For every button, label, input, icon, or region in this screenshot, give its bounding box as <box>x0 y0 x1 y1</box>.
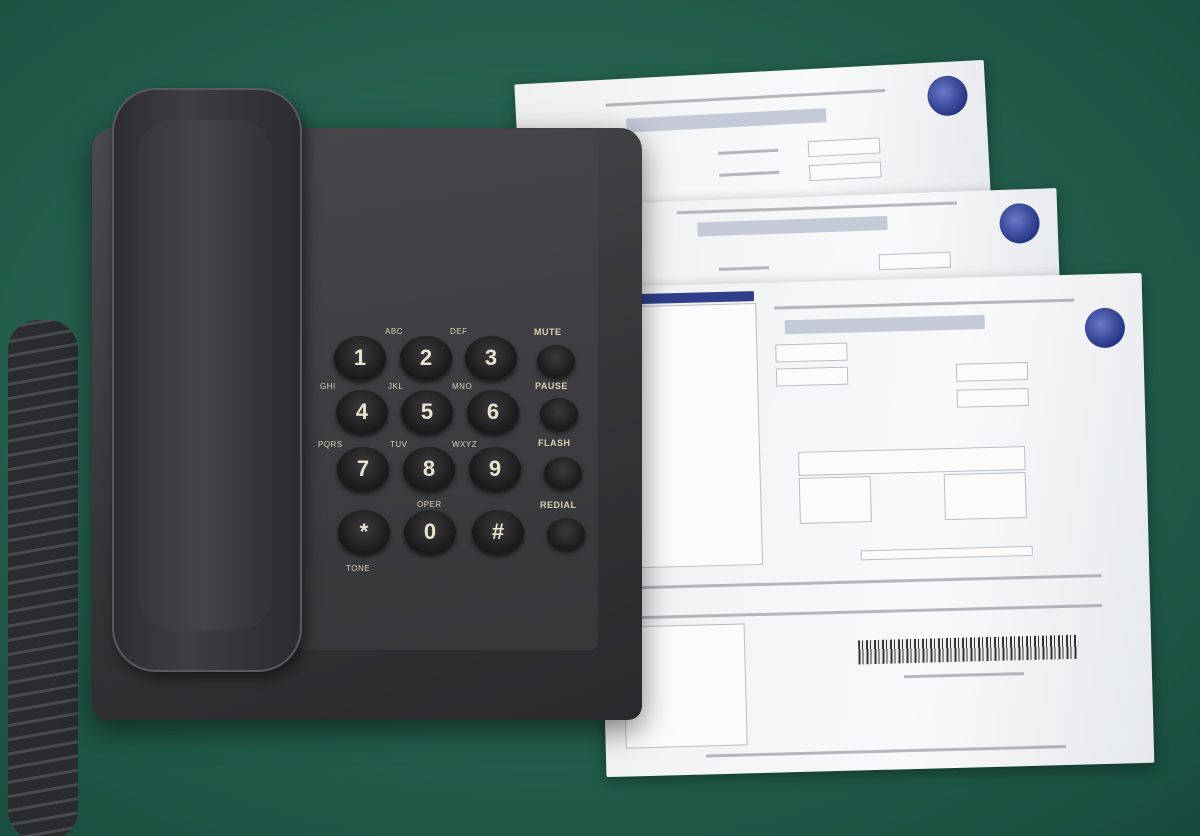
key-4[interactable]: 4 <box>336 390 388 434</box>
label-mno: MNO <box>452 382 472 391</box>
key-0[interactable]: 0 <box>404 510 456 554</box>
flash-button[interactable] <box>544 457 582 489</box>
key-9[interactable]: 9 <box>469 447 521 491</box>
company-logo-icon <box>1084 307 1125 348</box>
label-jkl: JKL <box>388 382 403 391</box>
label-tuv: TUV <box>390 440 408 449</box>
label-pqrs: PQRS <box>318 440 343 449</box>
coiled-cord <box>8 320 78 836</box>
company-logo-icon <box>926 75 968 117</box>
redial-button[interactable] <box>547 518 585 550</box>
company-logo-icon <box>999 203 1040 244</box>
key-8[interactable]: 8 <box>403 447 455 491</box>
label-flash: FLASH <box>538 438 571 448</box>
mute-button[interactable] <box>537 345 575 377</box>
key-3[interactable]: 3 <box>465 336 517 380</box>
label-def: DEF <box>450 327 468 336</box>
key-7[interactable]: 7 <box>337 447 389 491</box>
key-star[interactable]: * <box>338 510 390 554</box>
label-redial: REDIAL <box>540 500 577 510</box>
key-6[interactable]: 6 <box>467 390 519 434</box>
label-oper: OPER <box>417 500 442 509</box>
key-5[interactable]: 5 <box>401 390 453 434</box>
label-wxyz: WXYZ <box>452 440 477 449</box>
handset[interactable] <box>112 88 302 672</box>
label-abc: ABC <box>385 327 403 336</box>
key-2[interactable]: 2 <box>400 336 452 380</box>
label-tone: TONE <box>346 564 370 573</box>
bill-front <box>594 273 1155 777</box>
key-hash[interactable]: # <box>472 510 524 554</box>
label-pause: PAUSE <box>535 381 568 391</box>
pause-button[interactable] <box>540 398 578 430</box>
label-ghi: GHI <box>320 382 336 391</box>
key-1[interactable]: 1 <box>334 336 386 380</box>
label-mute: MUTE <box>534 327 562 337</box>
barcode <box>858 635 1079 665</box>
